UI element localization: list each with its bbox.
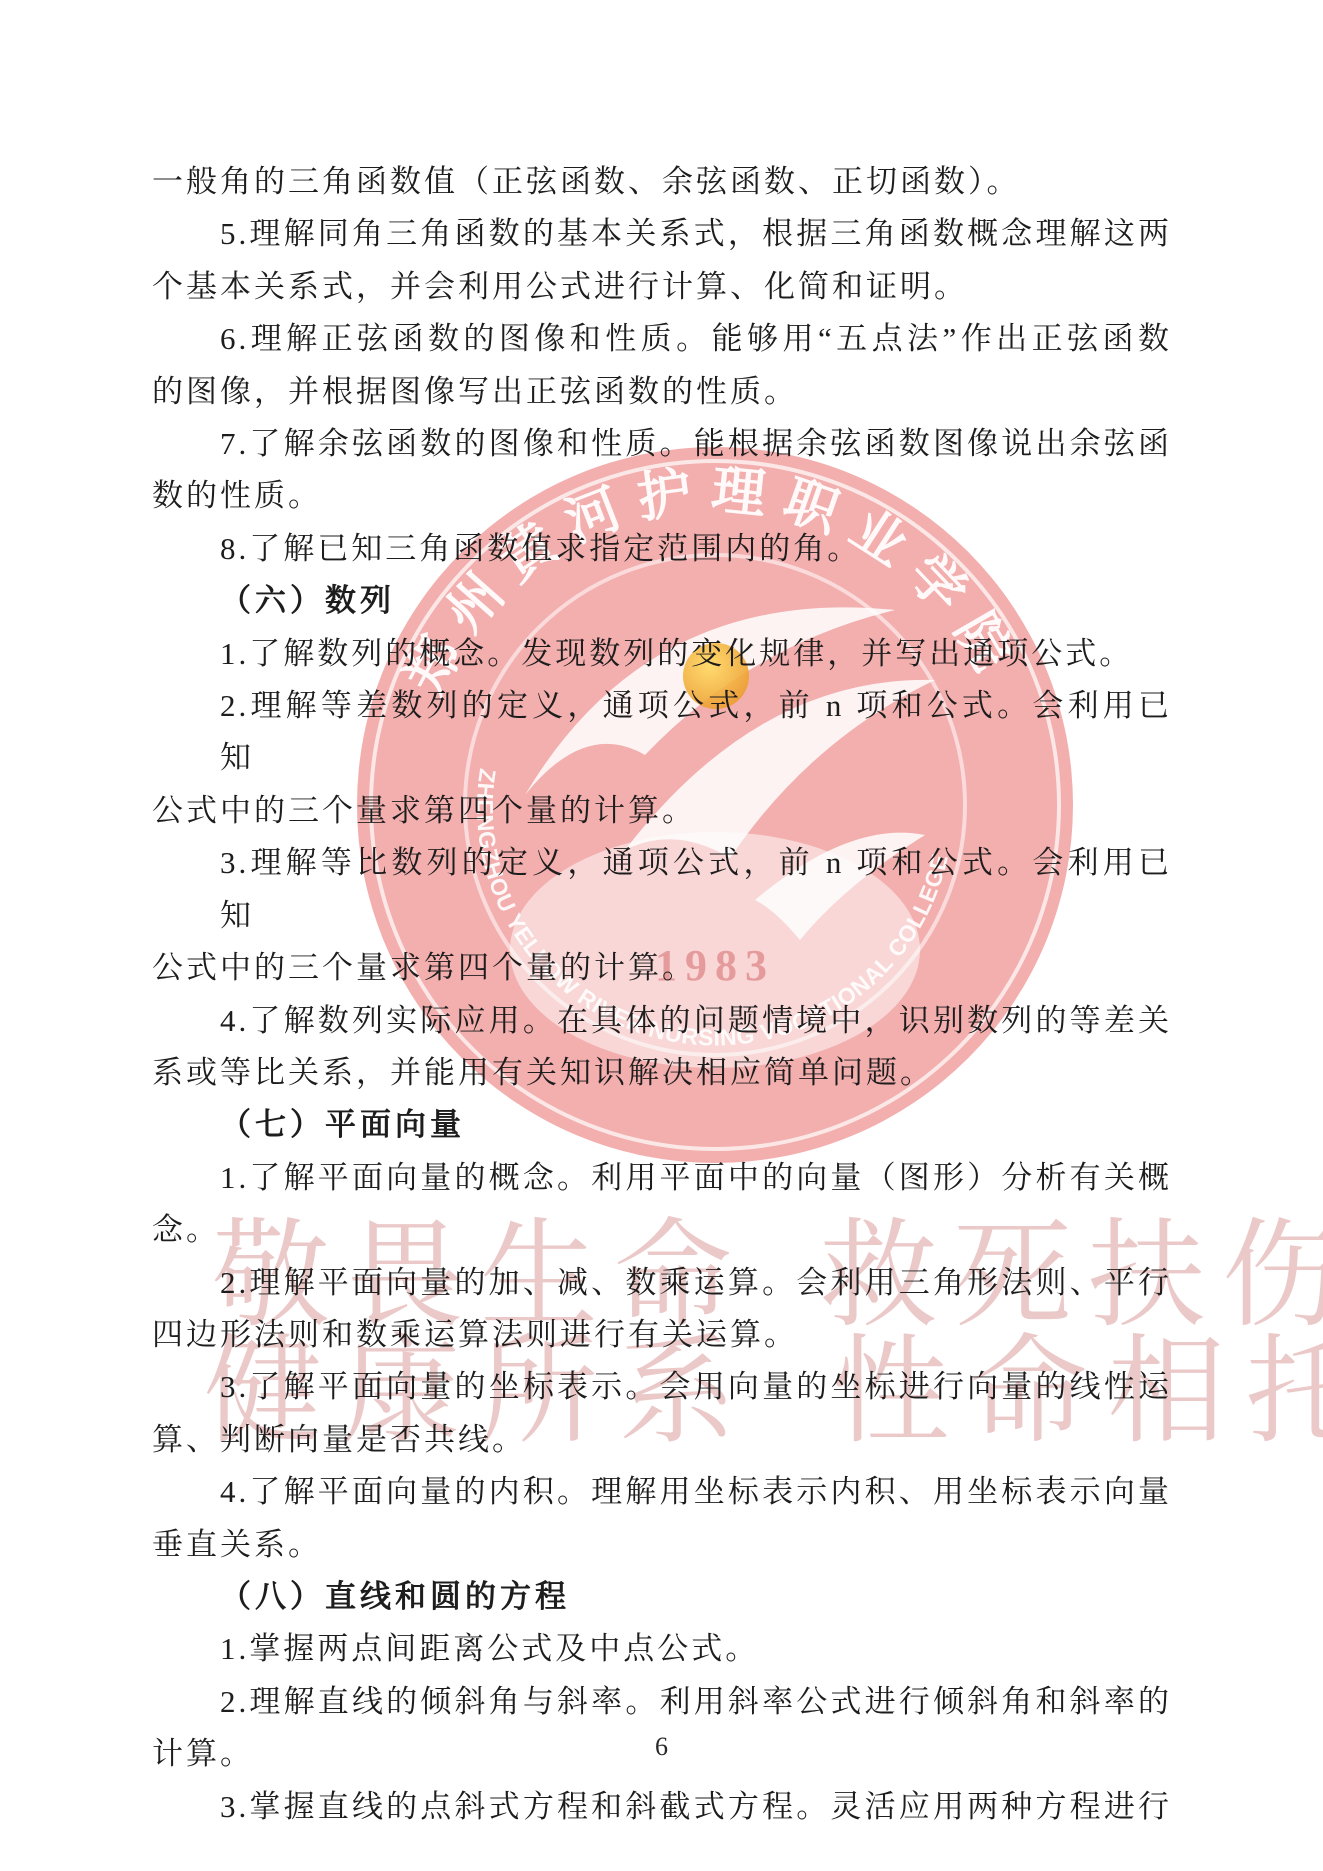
text-line: 公式中的三个量求第四个量的计算。 <box>152 785 1172 837</box>
text-line: 一般角的三角函数值（正弦函数、余弦函数、正切函数）。 <box>152 156 1172 208</box>
document-page: 郑州黄河护理职业学院 ZHENGZHOU YELLOW RIVER NURSIN… <box>0 0 1323 1871</box>
text-line: 个基本关系式，并会利用公式进行计算、化简和证明。 <box>152 261 1172 313</box>
text-line: 算、判断向量是否共线。 <box>152 1414 1172 1466</box>
section-heading: （七）平面向量 <box>152 1099 1172 1151</box>
text-line: 3.了解平面向量的坐标表示。会用向量的坐标进行向量的线性运 <box>152 1361 1172 1413</box>
text-line: 1.掌握两点间距离公式及中点公式。 <box>152 1623 1172 1675</box>
text-line: 2.理解等差数列的定义，通项公式，前 n 项和公式。会利用已知 <box>152 680 1172 785</box>
text-line: 公式中的三个量求第四个量的计算。 <box>152 942 1172 994</box>
text-line: 3.理解等比数列的定义，通项公式，前 n 项和公式。会利用已知 <box>152 837 1172 942</box>
text-line: 4.了解平面向量的内积。理解用坐标表示内积、用坐标表示向量 <box>152 1466 1172 1518</box>
text-line: 2.理解直线的倾斜角与斜率。利用斜率公式进行倾斜角和斜率的 <box>152 1676 1172 1728</box>
text-line: 6.理解正弦函数的图像和性质。能够用“五点法”作出正弦函数 <box>152 313 1172 365</box>
document-text-block: 一般角的三角函数值（正弦函数、余弦函数、正切函数）。5.理解同角三角函数的基本关… <box>152 156 1172 1833</box>
text-line: 1.了解平面向量的概念。利用平面中的向量（图形）分析有关概 <box>152 1152 1172 1204</box>
text-line: 四边形法则和数乘运算法则进行有关运算。 <box>152 1309 1172 1361</box>
text-line: 念。 <box>152 1204 1172 1256</box>
page-number: 6 <box>0 1732 1323 1762</box>
text-line: 8.了解已知三角函数值求指定范围内的角。 <box>152 523 1172 575</box>
text-line: 4.了解数列实际应用。在具体的问题情境中，识别数列的等差关 <box>152 995 1172 1047</box>
text-line: 垂直关系。 <box>152 1519 1172 1571</box>
section-heading: （八）直线和圆的方程 <box>152 1571 1172 1623</box>
text-line: 1.了解数列的概念。发现数列的变化规律，并写出通项公式。 <box>152 628 1172 680</box>
text-line: 系或等比关系，并能用有关知识解决相应简单问题。 <box>152 1047 1172 1099</box>
text-line: 的图像，并根据图像写出正弦函数的性质。 <box>152 366 1172 418</box>
text-line: 2.理解平面向量的加、减、数乘运算。会利用三角形法则、平行 <box>152 1257 1172 1309</box>
text-line: 3.掌握直线的点斜式方程和斜截式方程。灵活应用两种方程进行 <box>152 1781 1172 1833</box>
text-line: 7.了解余弦函数的图像和性质。能根据余弦函数图像说出余弦函 <box>152 418 1172 470</box>
text-line: 数的性质。 <box>152 470 1172 522</box>
text-line: 5.理解同角三角函数的基本关系式，根据三角函数概念理解这两 <box>152 208 1172 260</box>
section-heading: （六）数列 <box>152 575 1172 627</box>
